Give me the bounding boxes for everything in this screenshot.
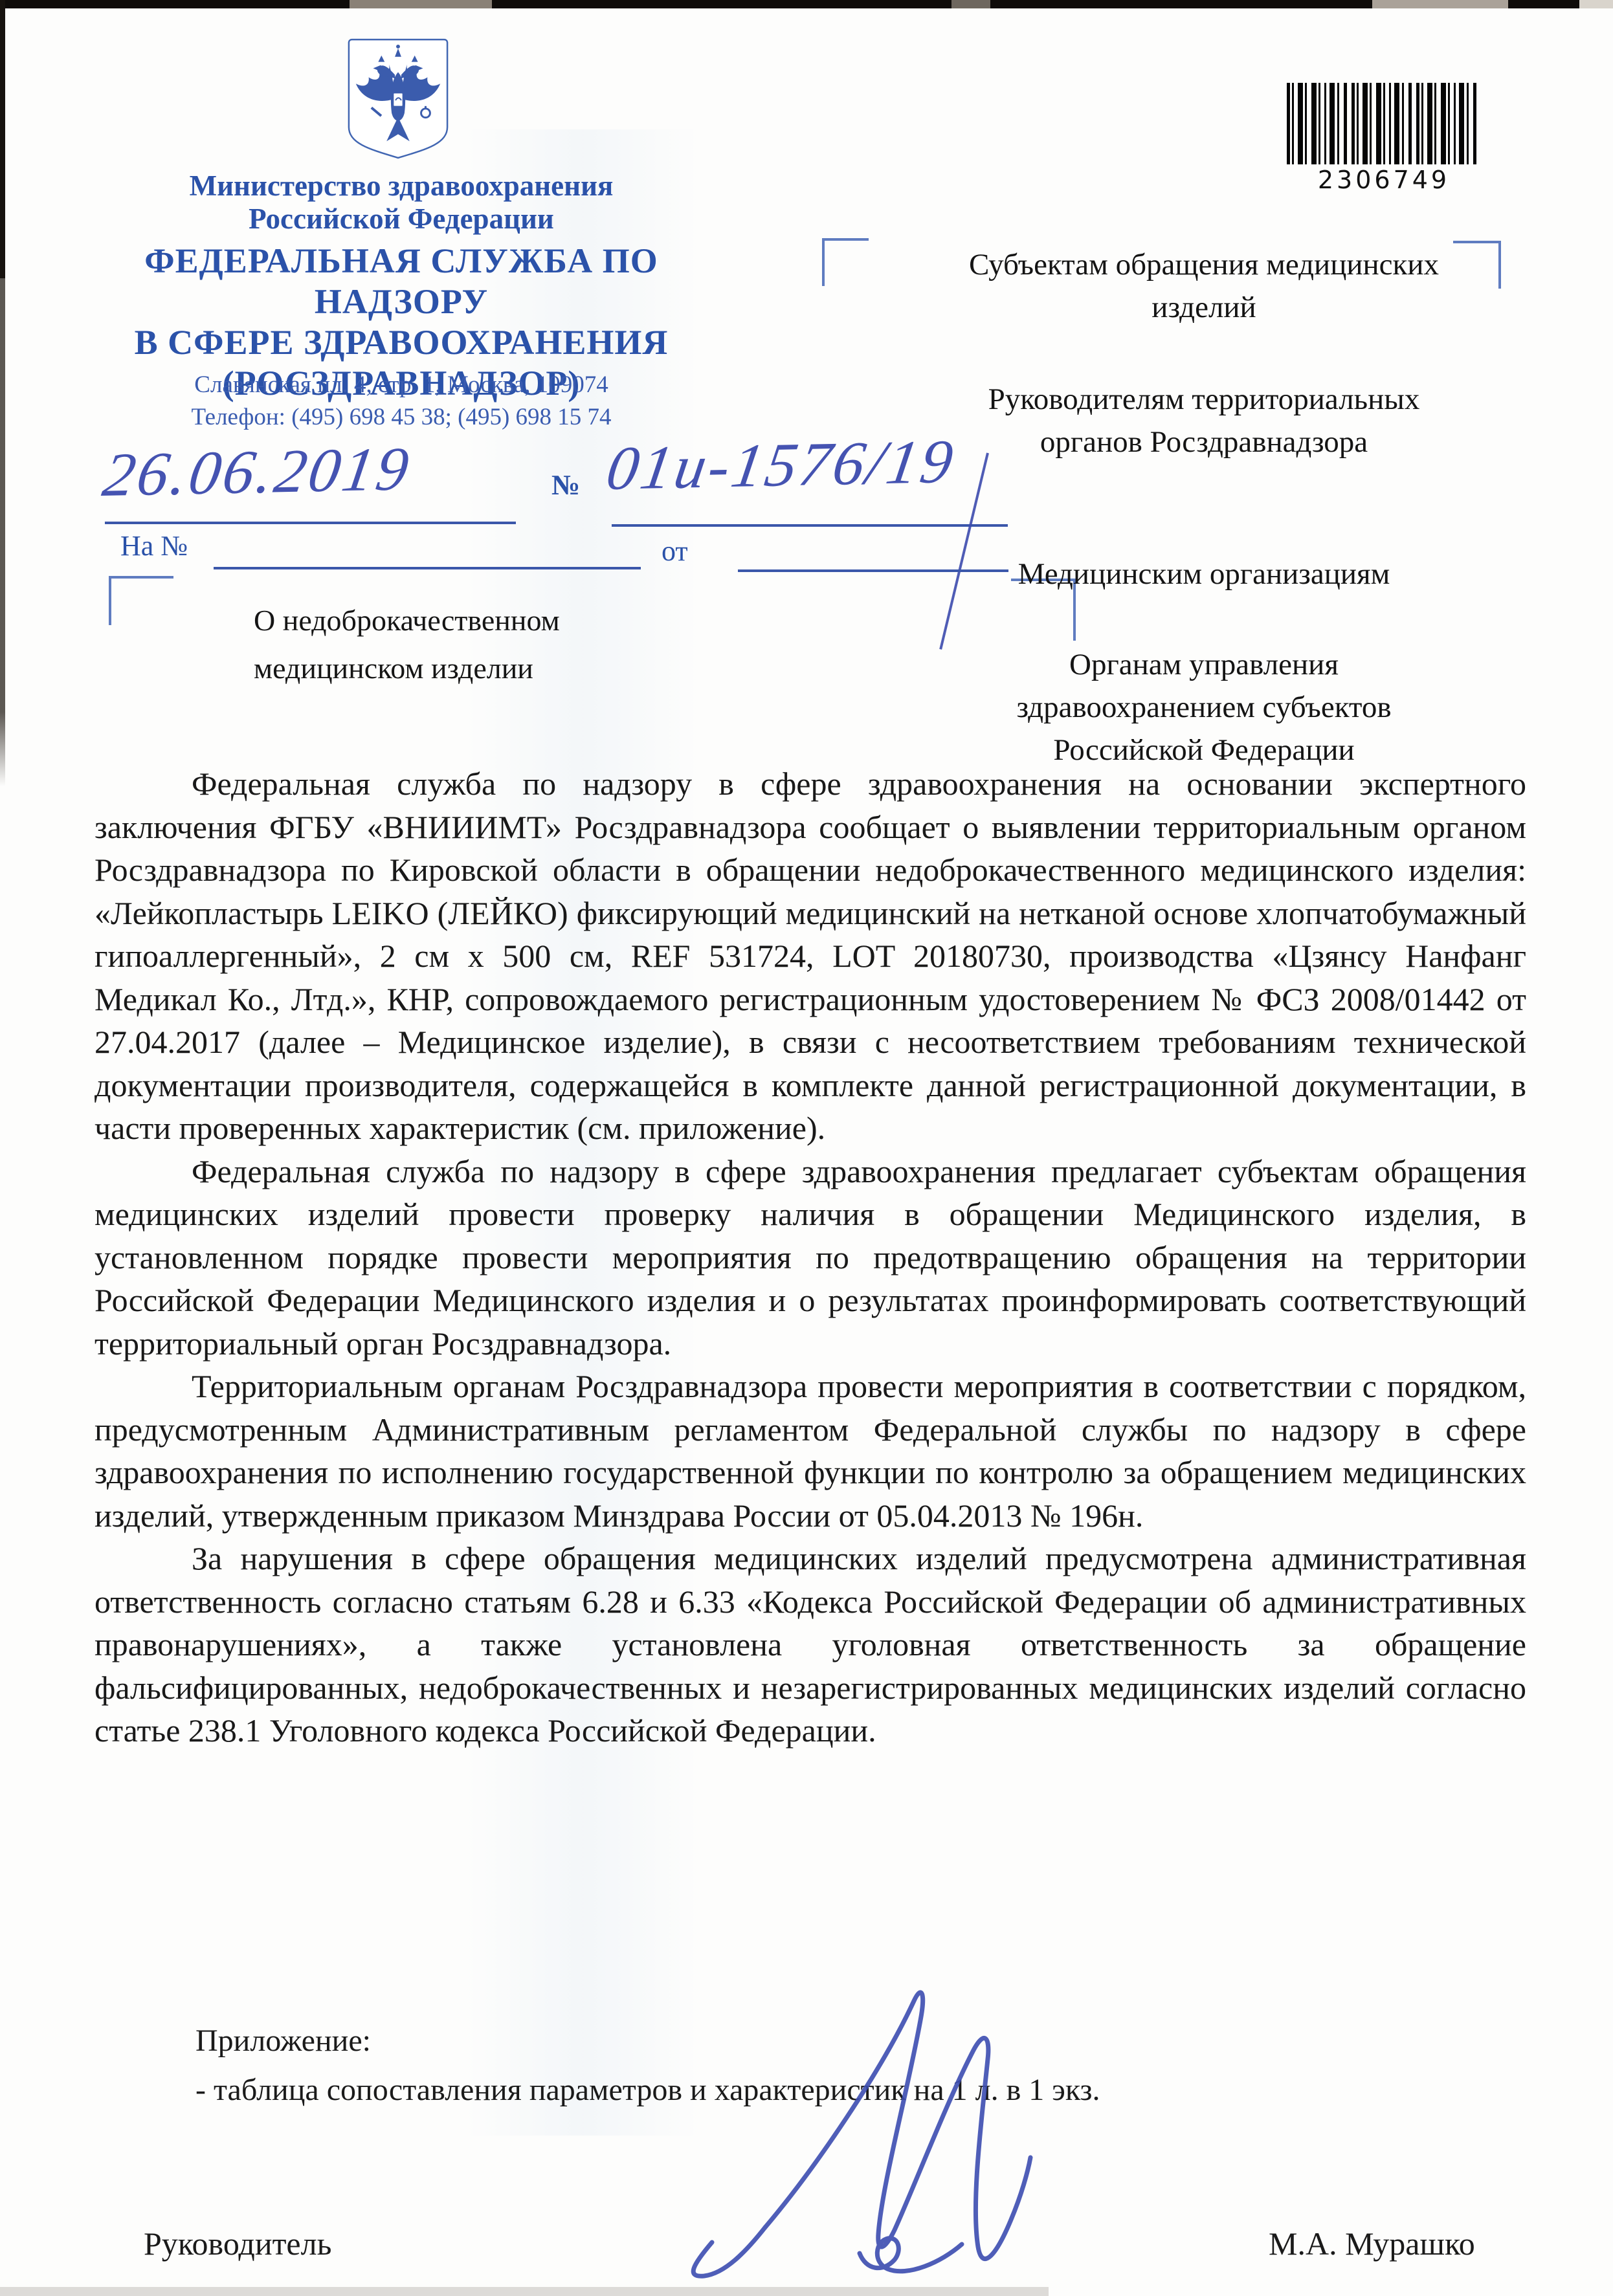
subject-corner-left [109,576,173,625]
addressee-item: Субъектам обращения медицинских изделий [958,243,1450,329]
addressee-corner-left [822,238,869,286]
date-underline [105,522,516,524]
addressee-corner-right [1453,241,1501,289]
number-underline [612,524,1008,527]
ministry-name: Министерство здравоохранения Российской … [97,170,706,236]
reply-number-label: На № [120,529,188,562]
org-phone-line: Телефон: (495) 698 45 38; (495) 698 15 7… [97,401,706,434]
reply-date-label: от [662,535,688,568]
service-line2: В СФЕРЕ ЗДРАВООХРАНЕНИЯ [78,322,725,363]
letter-body: Федеральная служба по надзору в сфере зд… [95,762,1526,1752]
ministry-line1: Министерство здравоохранения [97,170,706,203]
barcode-number: 2306749 [1287,166,1481,194]
letter-number-sign: № [551,469,580,502]
addressee-item: Органам управления здравоохранением субъ… [958,643,1450,771]
org-address-line: Славянская пл. 4, стр. 1, Москва, 109074 [97,369,706,401]
attachment-label: Приложение: [195,2023,371,2059]
ministry-line2: Российской Федерации [97,203,706,236]
letter-number-handwritten: 01и-1576/19 [602,425,961,504]
scanned-letter-page: Министерство здравоохранения Российской … [0,0,1613,2296]
body-paragraph: Федеральная служба по надзору в сфере зд… [95,762,1526,1150]
letter-date-handwritten: 26.06.2019 [98,432,416,511]
signoff-name: М.А. Мурашко [1269,2225,1541,2262]
letter-subject: О недоброкачественном медицинском издели… [254,597,560,692]
body-paragraph: Территориальным органам Росздравнадзора … [95,1365,1526,1537]
service-line1: ФЕДЕРАЛЬНАЯ СЛУЖБА ПО НАДЗОРУ [78,241,725,322]
reply-number-underline [214,567,641,569]
addressee-item: Медицинским организациям [958,553,1450,595]
subject-line1: О недоброкачественном [254,597,560,645]
signature [667,1974,1133,2296]
scan-top-edge [0,0,1613,8]
scan-left-edge [0,0,5,786]
body-paragraph: За нарушения в сфере обращения медицинск… [95,1537,1526,1752]
barcode [1287,83,1481,164]
subject-line2: медицинском изделии [254,645,560,692]
signoff-position: Руководитель [144,2225,331,2262]
coat-of-arms-icon [344,36,452,160]
body-paragraph: Федеральная служба по надзору в сфере зд… [95,1150,1526,1365]
addressee-item: Руководителям территориальных органов Ро… [958,378,1450,463]
org-contact-block: Славянская пл. 4, стр. 1, Москва, 109074… [97,369,706,434]
